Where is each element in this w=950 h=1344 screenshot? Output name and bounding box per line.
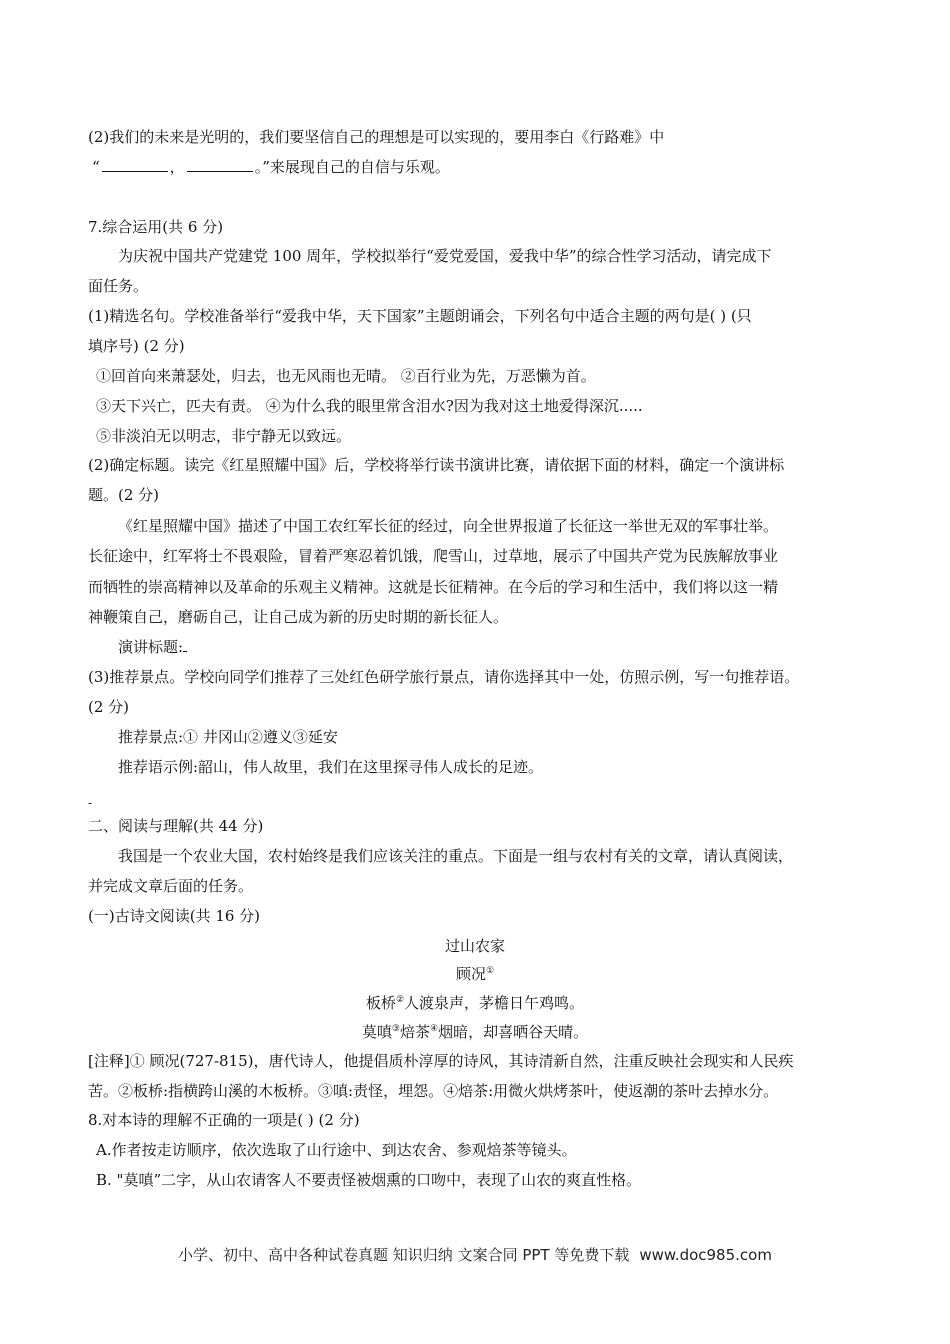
material-line: 长征途中，红军将士不畏艰险，冒着严寒忍着饥饿，爬雪山，过草地，展示了中国共产党为… — [88, 546, 778, 566]
document-page: (2)我们的未来是光明的，我们要坚信自己的理想是可以实现的，要用李白《行路难》中… — [0, 0, 950, 1344]
answer-blank-2[interactable] — [187, 157, 253, 172]
footnote-marker: ② — [396, 995, 404, 1005]
material-line: 神鞭策自己，磨砺自己，让自己成为新的历史时期的新长征人。 — [88, 607, 508, 627]
comma: ， — [170, 158, 185, 176]
q7-part3-line2: (2 分) — [88, 697, 129, 717]
recommendation-example: 推荐语示例:韶山，伟人故里，我们在这里探寻伟人成长的足迹。 — [118, 757, 543, 777]
speech-title-row: 演讲标题: — [118, 637, 187, 657]
material-line: 《红星照耀中国》描述了中国工农红军长征的经过，向全世界报道了长征这一举世无双的军… — [118, 516, 778, 536]
speech-title-label: 演讲标题: — [118, 638, 183, 656]
q7-part2-line2: 题。(2 分) — [88, 485, 159, 505]
footnote-marker: ① — [486, 966, 494, 976]
notes-line1: [注释]① 顾况(727-815)，唐代诗人，他提倡质朴淳厚的诗风，其诗清新自然… — [88, 1051, 794, 1071]
q7-option-line: ③天下兴亡，匹夫有责。 ④为什么我的眼里常含泪水?因为我对这土地爱得深沉....… — [96, 396, 643, 416]
q7-title: 7.综合运用(共 6 分) — [88, 217, 223, 237]
poem-line: 板桥②人渡泉声，茅檐日午鸡鸣。 — [0, 993, 950, 1013]
q7-part2-line1: (2)确定标题。读完《红星照耀中国》后，学校将举行读书演讲比赛，请依据下面的材料… — [88, 455, 784, 475]
poem-line: 莫嗔③焙茶④烟暗，却喜晒谷天晴。 — [0, 1022, 950, 1042]
footer-text: 小学、初中、高中各种试卷真题 知识归纳 文案合同 PPT 等免费下载 — [178, 1246, 629, 1264]
page-footer: 小学、初中、高中各种试卷真题 知识归纳 文案合同 PPT 等免费下载www.do… — [0, 1244, 950, 1265]
section2-intro-line1: 我国是一个农业大国，农村始终是我们应该关注的重点。下面是一组与农村有关的文章，请… — [118, 846, 793, 866]
q7-part3-line1: (3)推荐景点。学校向同学们推荐了三处红色研学旅行景点，请你选择其中一处，仿照示… — [88, 667, 799, 687]
q6-part2-line2: “，。”来展现自己的自信与乐观。 — [92, 157, 450, 177]
material-line: 而牺牲的崇高精神以及革命的乐观主义精神。这就是长征精神。在今后的学习和生活中，我… — [88, 577, 778, 597]
q7-option-line: ①回首向来萧瑟处，归去，也无风雨也无晴。 ②百行业为先，万恶懒为首。 — [96, 366, 596, 386]
stray-dash: - — [88, 796, 92, 810]
notes-line2: 苦。②板桥:指横跨山溪的木板桥。③嗔:责怪，埋怨。④焙茶:用微火烘烤茶叶，使返潮… — [88, 1081, 778, 1101]
answer-blank-1[interactable] — [102, 157, 168, 172]
q8-option-a: A.作者按走访顺序，依次选取了山行途中、到达农舍、参观焙茶等镜头。 — [96, 1140, 577, 1160]
q7-intro-line1: 为庆祝中国共产党建党 100 周年，学校拟举行“爱党爱国，爱我中华”的综合性学习… — [118, 246, 772, 266]
q7-part1-line2: 填序号) (2 分) — [88, 336, 185, 356]
footnote-marker: ③ — [392, 1024, 400, 1034]
footer-url[interactable]: www.doc985.com — [639, 1246, 772, 1264]
poem-author: 顾况① — [0, 964, 950, 984]
speech-title-blank[interactable] — [183, 637, 187, 652]
poem-title: 过山农家 — [0, 936, 950, 956]
q8-title: 8.对本诗的理解不正确的一项是( ) (2 分) — [88, 1110, 360, 1130]
subsection-title: (一)古诗文阅读(共 16 分) — [88, 906, 260, 926]
section2-intro-line2: 并完成文章后面的任务。 — [88, 876, 253, 896]
recommended-spots: 推荐景点:① 井冈山②遵义③延安 — [118, 727, 338, 747]
footnote-marker: ④ — [430, 1024, 438, 1034]
q7-option-line: ⑤非淡泊无以明志，非宁静无以致远。 — [96, 426, 351, 446]
q7-part1-line1: (1)精选名句。学校准备举行“爱我中华，天下国家”主题朗诵会，下列名句中适合主题… — [88, 306, 752, 326]
line-end: 。”来展现自己的自信与乐观。 — [255, 158, 450, 176]
q8-option-b: B. "莫嗔”二字，从山农请客人不要责怪被烟熏的口吻中，表现了山农的爽直性格。 — [96, 1170, 641, 1190]
q6-part2-line1: (2)我们的未来是光明的，我们要坚信自己的理想是可以实现的，要用李白《行路难》中 — [88, 127, 664, 147]
section2-title: 二、阅读与理解(共 44 分) — [88, 816, 263, 836]
open-quote: “ — [92, 158, 100, 176]
q7-intro-line2: 面任务。 — [88, 276, 148, 296]
